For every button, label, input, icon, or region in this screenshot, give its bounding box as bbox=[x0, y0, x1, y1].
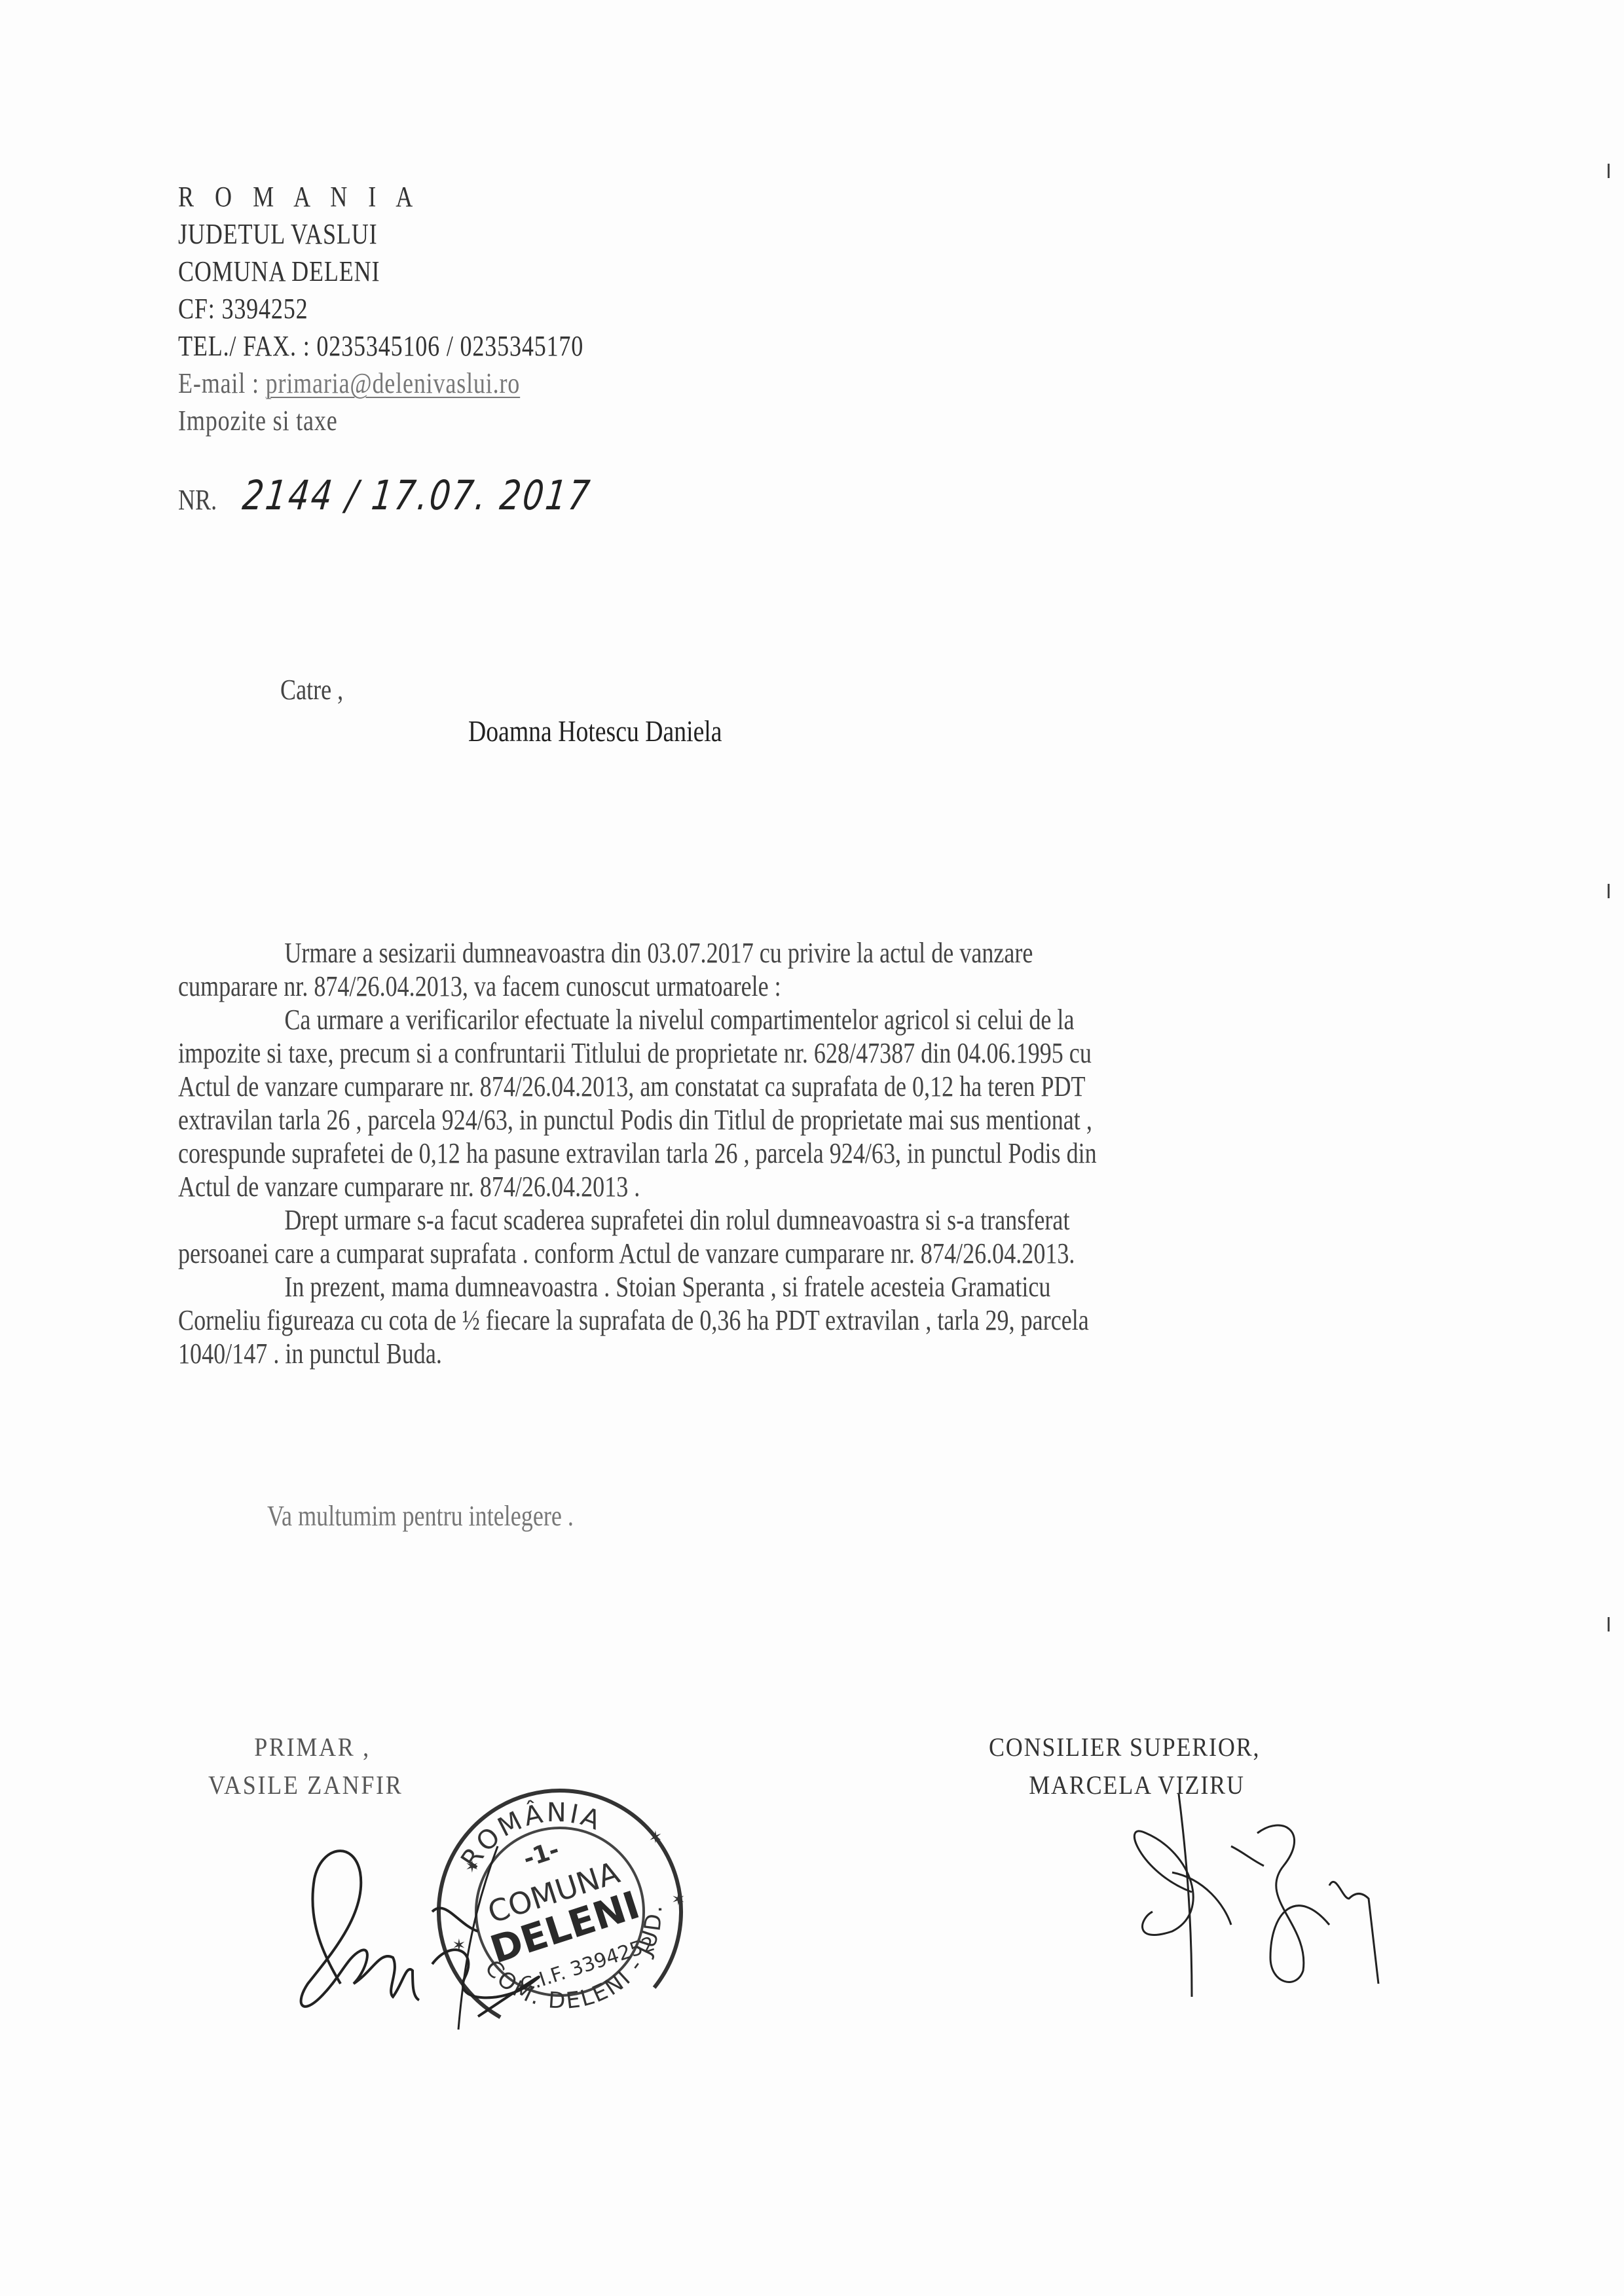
body-line: cumparare nr. 874/26.04.2013, va facem c… bbox=[178, 970, 1483, 1003]
mayor-title: PRIMAR , bbox=[208, 1728, 403, 1766]
scan-edge-mark bbox=[1608, 884, 1610, 898]
body-line: Actul de vanzare cumparare nr. 874/26.04… bbox=[178, 1170, 1483, 1203]
body-line: Actul de vanzare cumparare nr. 874/26.04… bbox=[178, 1070, 1483, 1103]
councillor-signature-icon bbox=[1113, 1794, 1388, 2003]
registration-row: NR. 2144 / 17.07. 2017 bbox=[178, 471, 676, 519]
department-line: Impozite si taxe bbox=[178, 402, 583, 439]
mayor-name: VASILE ZANFIR bbox=[208, 1766, 403, 1804]
body-line: In prezent, mama dumneavoastra . Stoian … bbox=[178, 1270, 1483, 1303]
body-line: impozite si taxe, precum si a confruntar… bbox=[178, 1036, 1483, 1070]
svg-text:✶: ✶ bbox=[648, 1828, 663, 1847]
salutation: Catre , bbox=[280, 673, 343, 706]
mayor-signature-icon bbox=[282, 1820, 596, 2043]
letterhead: R O M A N I A JUDETUL VASLUI COMUNA DELE… bbox=[178, 178, 583, 439]
fiscal-code-line: CF: 3394252 bbox=[178, 290, 583, 327]
mayor-signature-block: PRIMAR , VASILE ZANFIR bbox=[208, 1728, 403, 1804]
body-line: Ca urmare a verificarilor efectuate la n… bbox=[178, 1003, 1483, 1036]
email-line: E-mail : primaria@delenivaslui.ro bbox=[178, 365, 583, 402]
country-line: R O M A N I A bbox=[178, 178, 583, 215]
commune-line: COMUNA DELENI bbox=[178, 253, 583, 290]
body-line: Urmare a sesizarii dumneavoastra din 03.… bbox=[178, 936, 1483, 970]
closing-line: Va multumim pentru intelegere . bbox=[267, 1499, 574, 1533]
recipient-name: Doamna Hotescu Daniela bbox=[468, 714, 722, 748]
body-line: corespunde suprafetei de 0,12 ha pasune … bbox=[178, 1137, 1483, 1170]
councillor-title: CONSILIER SUPERIOR, bbox=[989, 1728, 1260, 1766]
councillor-signature-block: CONSILIER SUPERIOR, MARCELA VIZIRU bbox=[989, 1728, 1260, 1804]
scan-edge-mark bbox=[1608, 164, 1610, 178]
body-line: extravilan tarla 26 , parcela 924/63, in… bbox=[178, 1103, 1483, 1137]
body-line: 1040/147 . in punctul Buda. bbox=[178, 1337, 1483, 1370]
county-line: JUDETUL VASLUI bbox=[178, 215, 583, 253]
body-line: persoanei care a cumparat suprafata . co… bbox=[178, 1237, 1483, 1270]
handwritten-registration-number: 2144 / 17.07. 2017 bbox=[240, 471, 594, 519]
body-line: Corneliu figureaza cu cota de ½ fiecare … bbox=[178, 1303, 1483, 1337]
email-link[interactable]: primaria@delenivaslui.ro bbox=[266, 367, 521, 399]
svg-text:✶: ✶ bbox=[671, 1890, 686, 1909]
letter-body: Urmare a sesizarii dumneavoastra din 03.… bbox=[178, 936, 1483, 1370]
registration-label: NR. bbox=[178, 483, 217, 517]
scanned-letter-page: R O M A N I A JUDETUL VASLUI COMUNA DELE… bbox=[0, 0, 1624, 2296]
email-label: E-mail : bbox=[178, 367, 266, 399]
phone-fax-line: TEL./ FAX. : 0235345106 / 0235345170 bbox=[178, 327, 583, 365]
scan-edge-mark bbox=[1608, 1617, 1610, 1631]
body-line: Drept urmare s-a facut scaderea suprafet… bbox=[178, 1203, 1483, 1237]
